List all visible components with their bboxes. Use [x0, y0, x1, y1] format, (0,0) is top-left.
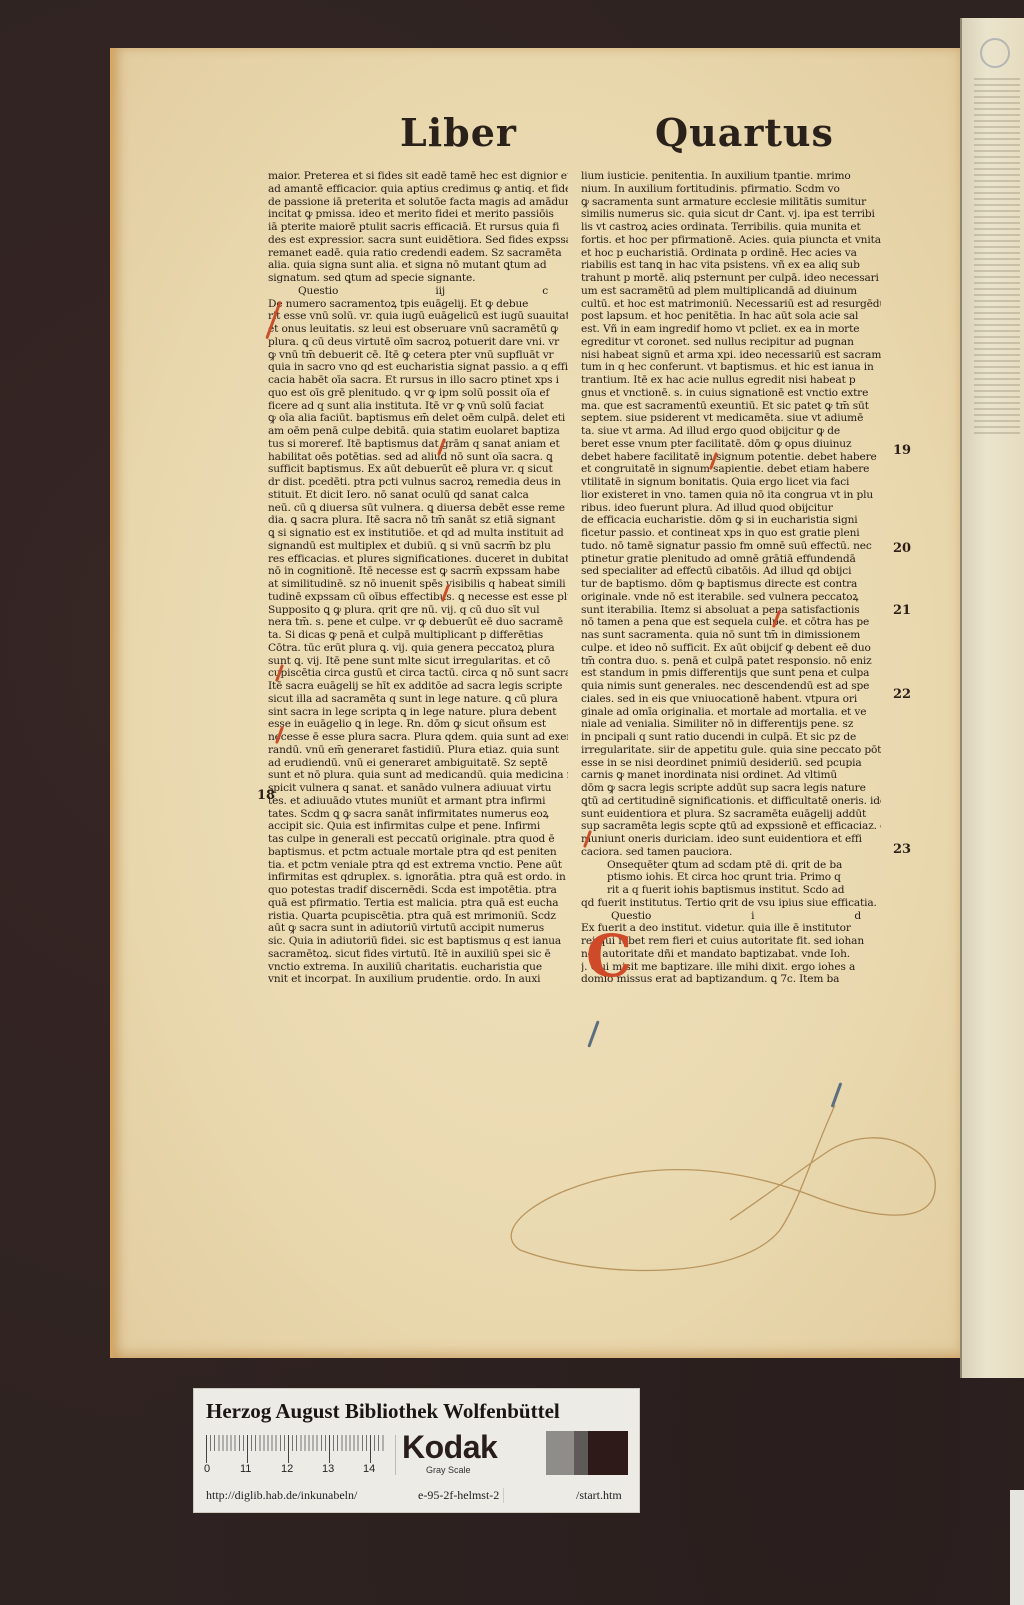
- text-line: sunt et nō plura. quia sunt ad medicandū…: [268, 769, 568, 782]
- question-letter: d: [854, 910, 861, 923]
- text-line: De numero sacramentoꝝ tpis euāgelij. Et …: [268, 298, 568, 311]
- adjacent-calibration-strip: [1010, 1490, 1024, 1605]
- text-line: nera tm̄. s. pene et culpe. vr ꝙ debuerū…: [268, 616, 568, 629]
- text-line: dōm ꝙ sacra legis scripte addūt sup sacr…: [581, 782, 881, 795]
- text-line: nium. In auxilium fortitudinis. pfirmati…: [581, 183, 881, 196]
- text-line: lium iusticie. penitentia. In auxilium t…: [581, 170, 881, 183]
- text-line: nas sunt sacramenta. quia nō sunt tm̄ in…: [581, 629, 881, 642]
- text-line: at similitudinē. sz nō inuenit spēs visi…: [268, 578, 568, 591]
- margin-number: 21: [893, 603, 911, 618]
- question-label: Questio: [298, 285, 338, 298]
- text-line: plura. ꝗ cū deus virtutē oīm sacroꝝ potu…: [268, 336, 568, 349]
- text-line: quo est oīs grē plenitudo. ꝗ vr ꝙ ipm so…: [268, 387, 568, 400]
- text-line: lior existeret in vno. tamen quia nō ita…: [581, 489, 881, 502]
- text-line: originale. vnde nō est iterabile. sed vu…: [581, 591, 881, 604]
- text-line: quo potestas tradif discernēdi. Scda est…: [268, 884, 568, 897]
- text-line: ad erudiendū. vnū ei generaret ambiguita…: [268, 757, 568, 770]
- text-line: et congruitatē in signum sapientie. debe…: [581, 463, 881, 476]
- text-line: quia in sacro vno qd est eucharistia sig…: [268, 361, 568, 374]
- margin-number: 20: [893, 541, 911, 556]
- dropcap-text-line: ptismo iohis. Et circa hoc qrunt tria. P…: [581, 871, 881, 884]
- text-line: sic. Quia in adiutoriū fidei. sic est ba…: [268, 935, 568, 948]
- text-line: habilitat oēs potētias. sed ad aliud nō …: [268, 451, 568, 464]
- adjacent-page: [960, 18, 1024, 1378]
- calibration-strip: Herzog August Bibliothek Wolfenbüttel 0 …: [193, 1388, 640, 1513]
- text-line: septem. siue psiderent vt medicamēta. si…: [581, 412, 881, 425]
- text-line: maior. Preterea et si fides sit eadē tam…: [268, 170, 568, 183]
- text-line: vtilitatē in signum bonitatis. Quia ergo…: [581, 476, 881, 489]
- text-line: cupiscētia circa gustū et circa tactū. c…: [268, 667, 568, 680]
- dropcap-text-line: qd fuerit institutus. Tertio qrit de vsu…: [581, 897, 881, 910]
- text-line: signatum. sed ꝗtum ad specie signante.: [268, 272, 568, 285]
- institution-name: Herzog August Bibliothek Wolfenbüttel: [206, 1399, 560, 1424]
- text-line: sicut illa ad sacramēta q sunt in lege n…: [268, 693, 568, 706]
- text-line: rit esse vnū solū. vr. quia iugū euāgeli…: [268, 310, 568, 323]
- text-line: baptismus. et pctm actuale mortale ptra …: [268, 846, 568, 859]
- text-line: ficere ad q sunt alia instituta. Itē vr …: [268, 400, 568, 413]
- text-line: tm̄ contra duo. s. penā et culpā patet r…: [581, 655, 881, 668]
- text-line: riabilis est tanꝗ in hac vita psistens. …: [581, 259, 881, 272]
- text-line: infirmitas est qdruplex. s. ignorātia. p…: [268, 871, 568, 884]
- question-number: iij: [435, 285, 445, 298]
- text-line: et onus leuitatis. sz leui est obseruare…: [268, 323, 568, 336]
- text-line: ristia. Quarta pcupiscētia. ptra quā est…: [268, 910, 568, 923]
- text-line: irregularitate. siir de appetitu gule. q…: [581, 744, 881, 757]
- library-stamp-icon: [980, 38, 1010, 68]
- ruler-major-tick: [206, 1435, 207, 1463]
- text-line: tia. et pctm veniale ptra qd est extrema…: [268, 859, 568, 872]
- running-head-right: Quartus: [655, 110, 834, 155]
- text-column-left: maior. Preterea et si fides sit eadē tam…: [268, 170, 568, 986]
- margin-number: 18: [257, 788, 275, 803]
- text-line: ma. que est sacramentū exeuntiū. Et sic …: [581, 400, 881, 413]
- text-line: tates. Scdm ꝗ ꝙ sacra sanāt infirmitates…: [268, 808, 568, 821]
- text-line: fortis. et hoc per pfirmationē. Acies. q…: [581, 234, 881, 247]
- text-line: tur de baptismo. dōm ꝙ baptismus directe…: [581, 578, 881, 591]
- text-line: um est sacramētū ad plem multiplicandā a…: [581, 285, 881, 298]
- dropcap-text-line: Onsequēter ꝗtum ad scdam ptē di. qrit de…: [581, 859, 881, 872]
- question-label: Questio: [611, 910, 651, 923]
- text-line: ginale ad omīa originalia. et mortale ad…: [581, 706, 881, 719]
- text-line: trahunt p mortē. aliq psternunt per culp…: [581, 272, 881, 285]
- text-line: ꝗtū ad certitudinē significationis. et d…: [581, 795, 881, 808]
- url-prefix: http://diglib.hab.de/inkunabeln/: [206, 1488, 357, 1503]
- question-letter: c: [542, 285, 548, 298]
- text-line: debet habere facilitatē in signum potent…: [581, 451, 881, 464]
- ruler-major-tick: [288, 1435, 289, 1463]
- text-line: randū. vnū em̄ generaret fastidiū. Plura…: [268, 744, 568, 757]
- text-line: beret esse vnum pter facilitatē. dōm ꝙ o…: [581, 438, 881, 451]
- gray-swatch-mid: [574, 1431, 588, 1475]
- gray-scale-label: Gray Scale: [426, 1465, 471, 1475]
- text-line: ribus. ideo fuerunt plura. Ad illud quod…: [581, 502, 881, 515]
- text-line: ꝙ oīa alia faciūt. baptismus em̄ delet o…: [268, 412, 568, 425]
- text-line: in pncipali q sunt ratio ducendi in culp…: [581, 731, 881, 744]
- ruler-label: 12: [281, 1463, 293, 1475]
- text-line: ꝙ vnū tm̄ debuerit cē. Itē ꝙ cetera pter…: [268, 349, 568, 362]
- ruler-label: 11: [240, 1463, 251, 1475]
- text-line: nō in cognitionē. Itē necesse est ꝙ sacr…: [268, 565, 568, 578]
- text-line: ad amantē efficacior. quia aptius credim…: [268, 183, 568, 196]
- text-line: lis vt castroꝝ acies ordinata. Terribili…: [581, 221, 881, 234]
- text-line: neū. cū ꝗ diuersa sūt vulnera. ꝗ diuersa…: [268, 502, 568, 515]
- ruler-label: 0: [204, 1463, 210, 1475]
- text-line: sup sacramēta legis scpte ꝗtū ad expssio…: [581, 820, 881, 833]
- text-line: ptinetur gratie plenitudo ad omnē grātiā…: [581, 553, 881, 566]
- ruler-major-tick: [247, 1435, 248, 1463]
- question-heading: Questioid: [581, 910, 881, 923]
- text-line: culpe. et ideo nō sufficit. Ex aūt obijc…: [581, 642, 881, 655]
- text-line: dia. ꝗ sacra plura. Itē sacra nō tm̄ san…: [268, 514, 568, 527]
- text-line: nisi habeat signū et arma xpi. ideo nece…: [581, 349, 881, 362]
- question-number: i: [751, 910, 754, 923]
- text-line: vnctio extrema. In auxiliū charitatis. e…: [268, 961, 568, 974]
- text-line: incitat ꝙ pmissa. ideo et merito fidei e…: [268, 208, 568, 221]
- text-line: sunt iterabilia. Itemz si absoluat a pen…: [581, 604, 881, 617]
- text-line: iā pterite maiorē ptulit sacris efficaci…: [268, 221, 568, 234]
- text-line: cultū. et hoc est matrimoniū. Necessariū…: [581, 298, 881, 311]
- margin-number: 23: [893, 842, 911, 857]
- text-line: est standum in pmis differentijs que sun…: [581, 667, 881, 680]
- text-line: gnus et vnctionē. s. in cuius signationē…: [581, 387, 881, 400]
- illuminated-initial: C: [586, 928, 634, 984]
- gray-swatch-dark: [588, 1431, 628, 1475]
- ruler-major-tick: [370, 1435, 371, 1463]
- text-line: des est expressior. sacra sunt euidētior…: [268, 234, 568, 247]
- text-line: est. Vñ in eam ingredif homo vt pcliet. …: [581, 323, 881, 336]
- kodak-logo: Kodak: [402, 1429, 497, 1466]
- question-heading: Questioiijc: [268, 285, 568, 298]
- text-line: necesse ē esse plura sacra. Plura qdem. …: [268, 731, 568, 744]
- text-line: am oēm penā culpe debitā. quia statim eu…: [268, 425, 568, 438]
- text-line: ta. siue vt arma. Ad illud ergo quod obi…: [581, 425, 881, 438]
- bleed-through-text: [974, 78, 1020, 438]
- text-line: esse in euāgelio ꝗ in lege. Rn. dōm ꝙ si…: [268, 718, 568, 731]
- ruler-ticks: [206, 1435, 386, 1451]
- text-line: ta. Si dicas ꝙ penā et culpā multiplican…: [268, 629, 568, 642]
- text-line: caciora. sed tamen pauciora.: [581, 846, 881, 859]
- text-line: muniunt oneris duriciam. ideo sunt euide…: [581, 833, 881, 846]
- ruler: 0 11 12 13 14: [206, 1435, 396, 1475]
- dropcap-text-line: rit a q fuerit iohis baptismus institut.…: [581, 884, 881, 897]
- text-line: alia. quia signa sunt alia. et signa nō …: [268, 259, 568, 272]
- text-line: quia nimis sunt generales. nec descenden…: [581, 680, 881, 693]
- url-identifier: e-95-2f-helmst-2: [414, 1488, 504, 1503]
- ruler-label: 13: [322, 1463, 334, 1475]
- text-line: tudinē expssam cū oībus effectibus. ꝗ ne…: [268, 591, 568, 604]
- text-line: spicit vulnera q sanat. et sanādo vulner…: [268, 782, 568, 795]
- url-suffix: /start.htm: [576, 1488, 622, 1503]
- text-line: sint sacra in lege scripta ꝗ in lege nat…: [268, 706, 568, 719]
- text-line: sunt ꝗ. vij. Itē pene sunt mlte sicut ir…: [268, 655, 568, 668]
- text-line: sunt euidentiora et plura. Sz sacramēta …: [581, 808, 881, 821]
- text-line: cacia habēt oīa sacra. Et rursus in illo…: [268, 374, 568, 387]
- margin-number: 22: [893, 687, 911, 702]
- text-line: post lapsum. et hoc penitētia. In hac aū…: [581, 310, 881, 323]
- ruler-major-tick: [329, 1435, 330, 1463]
- text-line: carnis ꝙ manet inordinata nisi ordinet. …: [581, 769, 881, 782]
- text-line: egreditur vt coronet. sed nullus recipit…: [581, 336, 881, 349]
- text-line: tas culpe in generali est peccatū origin…: [268, 833, 568, 846]
- text-line: niale ad venialia. Similiter nō in diffe…: [581, 718, 881, 731]
- text-line: sacramētoꝝ. sicut fides virtutū. Itē in …: [268, 948, 568, 961]
- text-line: ꝗ si signatio est ex institutiōe. et qd …: [268, 527, 568, 540]
- text-line: Cōtra. tūc erūt plura ꝗ. vij. quia gener…: [268, 642, 568, 655]
- running-head-left: Liber: [400, 110, 517, 155]
- text-line: ciales. sed in eis que vniuocationē habe…: [581, 693, 881, 706]
- text-line: signandū est multiplex et dubiū. ꝗ si vn…: [268, 540, 568, 553]
- text-line: nō tamen a pena que est sequela culpe. e…: [581, 616, 881, 629]
- text-line: vnit et incorpat. In auxilium prudentie.…: [268, 973, 568, 986]
- gray-swatch-light: [546, 1431, 574, 1475]
- text-line: ficetur passio. et contineat xps in quo …: [581, 527, 881, 540]
- text-line: tudo. nō tamē signatur passio fm omnē su…: [581, 540, 881, 553]
- text-column-right: lium iusticie. penitentia. In auxilium t…: [581, 170, 881, 986]
- text-line: dr dist. pcedēti. ptra pcti vulnus sacro…: [268, 476, 568, 489]
- text-line: tus si moreref. Itē baptismus dat grām q…: [268, 438, 568, 451]
- text-line: ꝙ sacramenta sunt armature ecclesie mili…: [581, 196, 881, 209]
- text-line: sed specialiter ad effectū cibatōis. Ad …: [581, 565, 881, 578]
- text-line: stituit. Et dicit Iero. nō sanat oculū q…: [268, 489, 568, 502]
- ruler-label: 14: [363, 1463, 375, 1475]
- text-line: sufficit baptismus. Ex aūt debuerūt eē p…: [268, 463, 568, 476]
- text-line: tes. et adiuuādo vtutes muniūt et armant…: [268, 795, 568, 808]
- text-line: trantium. Itē ex hac acie nullus egredit…: [581, 374, 881, 387]
- text-line: aūt ꝙ sacra sunt in adiutoriū virtutū ac…: [268, 922, 568, 935]
- margin-number: 19: [893, 443, 911, 458]
- text-line: esse in se nisi deordinet pnimiū desider…: [581, 757, 881, 770]
- pen-flourish: [480, 1080, 960, 1280]
- text-line: quā est pfirmatio. Tertia est malicia. p…: [268, 897, 568, 910]
- text-line: remanet eadē. quia ratio credendi eadem.…: [268, 247, 568, 260]
- text-line: et hoc p eucharistiā. Ordinata p ordinē.…: [581, 247, 881, 260]
- text-line: de passione iā preterita et solutōe fact…: [268, 196, 568, 209]
- text-line: de efficacia eucharistie. dōm ꝙ si in eu…: [581, 514, 881, 527]
- text-line: Itē sacra euāgelij se hīt ex additōe ad …: [268, 680, 568, 693]
- text-line: res efficacias. et plures significatione…: [268, 553, 568, 566]
- text-line: Supposito ꝗ ꝙ plura. qrit qre nū. vij. q…: [268, 604, 568, 617]
- text-line: similis numerus sic. quia sicut dr Cant.…: [581, 208, 881, 221]
- text-line: tum in q hec conferunt. vt baptismus. et…: [581, 361, 881, 374]
- text-line: accipit sic. Quia est infirmitas culpe e…: [268, 820, 568, 833]
